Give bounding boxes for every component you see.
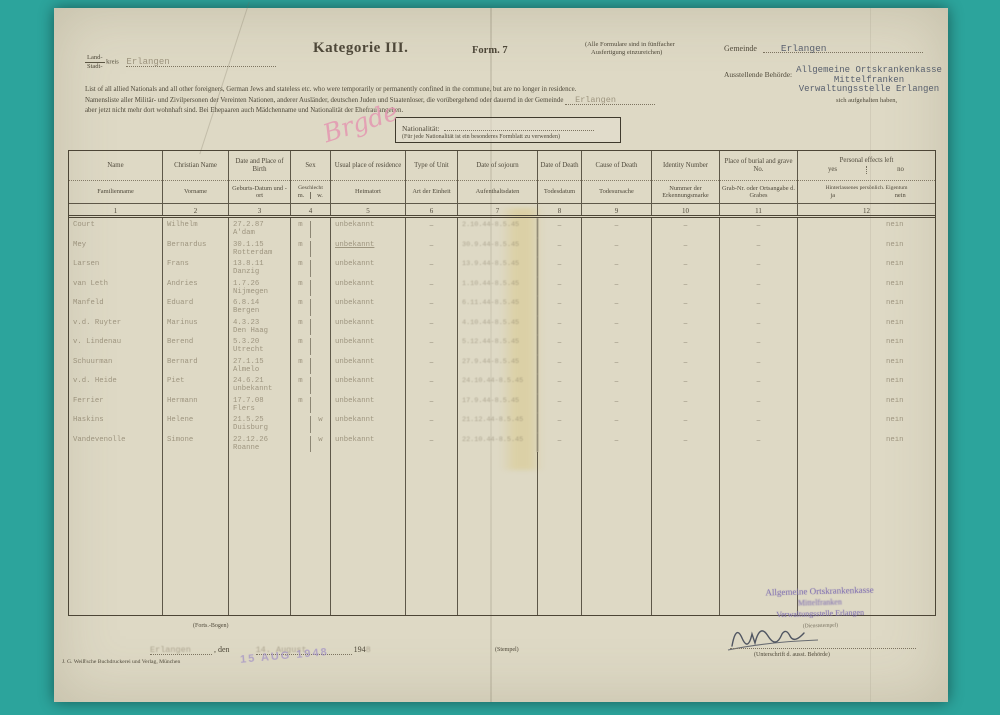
table-row: v.d. RuyterMarinus4.3.23Den Haagmunbekan… <box>69 316 935 336</box>
header-en-12: Personal effects leftyesno <box>798 151 935 181</box>
cell-unit: – <box>406 296 458 316</box>
table-row: van LethAndries1.7.26Nijmegenmunbekannt–… <box>69 277 935 297</box>
form-table: NameFamilienname1Christian NameVorname2D… <box>68 150 936 616</box>
cell-birth: 4.3.23Den Haag <box>229 316 291 336</box>
header-en-9: Cause of Death <box>582 151 651 181</box>
cell-burial: – <box>720 257 798 277</box>
cell-identity: – <box>652 374 720 394</box>
header-number-6: 6 <box>406 203 457 215</box>
header-column-7: Date of sojournAufenthaltsdaten7 <box>458 151 538 215</box>
header-de-label: Hinterlassenes persönlich. Eigentum <box>799 185 934 191</box>
cell-sojourn: 5.12.44-8.5.45 <box>458 335 538 355</box>
cell-identity: – <box>652 433 720 453</box>
filler-cell <box>406 452 458 615</box>
filler-cell <box>69 452 163 615</box>
cell-effects: nein <box>798 394 935 414</box>
cell-vorname: Wilhelm <box>163 218 229 238</box>
cell-sex: m <box>291 316 331 336</box>
cell-death-cause: – <box>582 218 652 238</box>
cell-identity: – <box>652 394 720 414</box>
cell-identity: – <box>652 296 720 316</box>
sex-m: m <box>291 299 311 316</box>
cell-death-cause: – <box>582 257 652 277</box>
cell-unit: – <box>406 218 458 238</box>
header-de-label: Geschlecht <box>292 185 329 191</box>
cell-name: Manfeld <box>69 296 163 316</box>
cell-name: Larsen <box>69 257 163 277</box>
cell-sex: m <box>291 277 331 297</box>
cell-name: Vandevenolle <box>69 433 163 453</box>
cell-unit: – <box>406 257 458 277</box>
sex-m <box>291 436 311 453</box>
scanned-document-page: Kategorie III. Form. 7 Land- Stadt- krei… <box>0 0 1000 715</box>
header-en-1: Name <box>69 151 162 181</box>
den-label: , den <box>214 645 230 654</box>
cell-vorname: Bernardus <box>163 238 229 258</box>
cell-residence: unbekannt <box>331 316 406 336</box>
birth-date: 1.7.26 <box>233 280 259 288</box>
cell-identity: – <box>652 277 720 297</box>
landkreis-block: Land- Stadt- kreis Erlangen <box>85 54 276 71</box>
cell-sojourn: 17.9.44-8.5.45 <box>458 394 538 414</box>
intro-gemeinde-value: Erlangen <box>575 95 616 105</box>
header-de-3: Geburts-Datum und -ort <box>229 181 290 203</box>
cell-name: Ferrier <box>69 394 163 414</box>
header-number-2: 2 <box>163 203 228 215</box>
cell-residence: unbekannt <box>331 238 406 258</box>
intro-english: List of all allied Nationals and all oth… <box>85 86 576 93</box>
cell-effects: nein <box>798 257 935 277</box>
header-de-11: Grab-Nr. oder Ortsangabe d. Grabes <box>720 181 797 203</box>
birth-date: 30.1.15 <box>233 241 264 249</box>
cell-death-cause: – <box>582 335 652 355</box>
cell-death-date: – <box>538 316 582 336</box>
cell-sex: w <box>291 433 331 453</box>
cell-birth: 27.2.87A'dam <box>229 218 291 238</box>
cell-identity: – <box>652 238 720 258</box>
birth-date: 21.5.25 <box>233 416 264 424</box>
copies-note-line1: (Alle Formulare sind in fünffacher <box>585 41 675 48</box>
sex-m-w-left: m. <box>292 192 311 199</box>
birth-date: 27.1.15 <box>233 358 264 366</box>
header-en-5: Usual place of residence <box>331 151 405 181</box>
cell-birth: 5.3.20Utrecht <box>229 335 291 355</box>
authority-stamp-line1: Allgemeine Ortskrankenkasse <box>765 585 873 598</box>
header-de-6: Art der Einheit <box>406 181 457 203</box>
signature-ink <box>726 616 836 656</box>
cell-sex: m <box>291 394 331 414</box>
cell-name: v.d. Ruyter <box>69 316 163 336</box>
effects-yes-no: yesno <box>799 166 934 174</box>
filler-cell <box>538 452 582 615</box>
cell-unit: – <box>406 374 458 394</box>
nationality-box: Nationalität: (Für jede Nationalität ist… <box>395 117 621 143</box>
behoerde-line2: Mittelfranken <box>834 75 904 85</box>
cell-effects: nein <box>798 296 935 316</box>
cell-death-date: – <box>538 335 582 355</box>
header-en-4: Sex <box>291 151 330 181</box>
year-printed: 194 <box>354 645 366 654</box>
filler-cell <box>331 452 406 615</box>
cell-unit: – <box>406 413 458 433</box>
sex-m <box>291 416 311 433</box>
filler-cell <box>291 452 331 615</box>
birth-place: Rotterdam <box>233 249 290 257</box>
header-de-2: Vorname <box>163 181 228 203</box>
cell-burial: – <box>720 218 798 238</box>
cell-residence: unbekannt <box>331 413 406 433</box>
cell-sojourn: 1.10.44-8.5.45 <box>458 277 538 297</box>
place-value: Erlangen <box>150 645 191 655</box>
sex-w: w <box>311 416 330 433</box>
gemeinde-row: Gemeinde Erlangen <box>724 43 923 53</box>
cell-unit: – <box>406 355 458 375</box>
cell-effects: nein <box>798 413 935 433</box>
authority-stamp-line2: Mittelfranken <box>798 597 842 607</box>
signature-label: (Unterschrift d. ausst. Behörde) <box>754 652 830 658</box>
birth-place: Flers <box>233 405 290 413</box>
cell-residence: unbekannt <box>331 355 406 375</box>
cell-sojourn: 22.10.44-8.5.45 <box>458 433 538 453</box>
effects-ja-nein-right: nein <box>867 192 935 199</box>
birth-date: 4.3.23 <box>233 319 259 327</box>
cell-identity: – <box>652 316 720 336</box>
birth-place: Utrecht <box>233 346 290 354</box>
sex-w <box>311 358 330 375</box>
text-fragment: Erlangen <box>565 95 655 105</box>
header-column-1: NameFamilienname1 <box>69 151 163 215</box>
text-fragment: Erlangen <box>126 57 276 67</box>
header-column-3: Date and Place of BirthGeburts-Datum und… <box>229 151 291 215</box>
cell-sojourn: 2.10.44-8.5.45 <box>458 218 538 238</box>
cell-unit: – <box>406 238 458 258</box>
cell-death-date: – <box>538 374 582 394</box>
header-column-5: Usual place of residenceHeimatort5 <box>331 151 406 215</box>
cell-vorname: Berend <box>163 335 229 355</box>
nationality-note: (Für jede Nationalität ist ein besondere… <box>402 134 614 140</box>
table-row: LarsenFrans13.8.11Danzigmunbekannt–13.9.… <box>69 257 935 277</box>
header-en-2: Christian Name <box>163 151 228 181</box>
header-de-9: Todesursache <box>582 181 651 203</box>
cell-death-date: – <box>538 218 582 238</box>
cell-birth: 13.8.11Danzig <box>229 257 291 277</box>
cell-effects: nein <box>798 335 935 355</box>
sex-m: m <box>291 280 311 297</box>
cell-sex: m <box>291 335 331 355</box>
cell-burial: – <box>720 413 798 433</box>
header-de-1: Familienname <box>69 181 162 203</box>
kreis-label: kreis <box>106 59 119 66</box>
header-column-2: Christian NameVorname2 <box>163 151 229 215</box>
cell-sex: w <box>291 413 331 433</box>
table-row: FerrierHermann17.7.08Flersmunbekannt–17.… <box>69 394 935 414</box>
header-de-10: Nummer der Erkennungsmarke <box>652 181 719 203</box>
cell-sojourn: 27.9.44-8.5.45 <box>458 355 538 375</box>
paper-sheet: Kategorie III. Form. 7 Land- Stadt- krei… <box>54 8 948 702</box>
cell-death-date: – <box>538 238 582 258</box>
sex-w <box>311 338 330 355</box>
birth-place: Den Haag <box>233 327 290 335</box>
effects-yes-no-left: yes <box>799 166 867 174</box>
cell-vorname: Piet <box>163 374 229 394</box>
header-number-4: 4 <box>291 203 330 215</box>
cell-death-cause: – <box>582 394 652 414</box>
cell-name: van Leth <box>69 277 163 297</box>
birth-place: Almelo <box>233 366 290 374</box>
header-en-11: Place of burial and grave No. <box>720 151 797 181</box>
header-number-3: 3 <box>229 203 290 215</box>
filler-cell <box>652 452 720 615</box>
cell-effects: nein <box>798 433 935 453</box>
cell-name: Mey <box>69 238 163 258</box>
header-column-12: Personal effects leftyesnoHinterlassenes… <box>798 151 935 215</box>
birth-place: Roanne <box>233 444 290 452</box>
cell-unit: – <box>406 433 458 453</box>
cell-burial: – <box>720 238 798 258</box>
cell-death-date: – <box>538 433 582 453</box>
cell-death-cause: – <box>582 296 652 316</box>
printer-imprint: J. G. Weiß'sche Buchdruckerei und Verlag… <box>62 659 180 665</box>
cell-death-cause: – <box>582 413 652 433</box>
cell-birth: 1.7.26Nijmegen <box>229 277 291 297</box>
sex-m: m <box>291 260 311 277</box>
cell-effects: nein <box>798 355 935 375</box>
cell-name: Haskins <box>69 413 163 433</box>
sex-m: m <box>291 319 311 336</box>
cell-name: Court <box>69 218 163 238</box>
sex-m-w: m.w. <box>292 192 329 199</box>
birth-date: 13.8.11 <box>233 260 264 268</box>
cell-sojourn: 4.10.44-8.5.45 <box>458 316 538 336</box>
cell-vorname: Eduard <box>163 296 229 316</box>
text-fragment: Land- Stadt- <box>85 54 105 71</box>
cell-sojourn: 24.10.44-8.5.45 <box>458 374 538 394</box>
filler-cell <box>163 452 229 615</box>
header-column-6: Type of UnitArt der Einheit6 <box>406 151 458 215</box>
cell-sex: m <box>291 355 331 375</box>
cell-effects: nein <box>798 238 935 258</box>
nationality-label: Nationalität: <box>402 124 440 133</box>
header-number-10: 10 <box>652 203 719 215</box>
cell-death-date: – <box>538 296 582 316</box>
cell-burial: – <box>720 296 798 316</box>
birth-place: unbekannt <box>233 385 290 393</box>
cell-vorname: Andries <box>163 277 229 297</box>
cell-burial: – <box>720 277 798 297</box>
table-row: v.d. HeidePiet24.6.21unbekanntmunbekannt… <box>69 374 935 394</box>
header-en-6: Type of Unit <box>406 151 457 181</box>
header-column-11: Place of burial and grave No.Grab-Nr. od… <box>720 151 798 215</box>
sex-w <box>311 241 330 258</box>
birth-place: Duisburg <box>233 424 290 432</box>
text-fragment: Erlangen <box>150 645 212 655</box>
table-row: SchuurmanBernard27.1.15Almelomunbekannt–… <box>69 355 935 375</box>
cell-birth: 21.5.25Duisburg <box>229 413 291 433</box>
birth-date: 5.3.20 <box>233 338 259 346</box>
header-en-8: Date of Death <box>538 151 581 181</box>
cell-residence: unbekannt <box>331 433 406 453</box>
sex-m: m <box>291 377 311 394</box>
stadt-label: Stadt- <box>85 63 105 71</box>
header-de-4: Geschlechtm.w. <box>291 181 330 203</box>
cell-burial: – <box>720 355 798 375</box>
sex-w <box>311 280 330 297</box>
cell-sojourn: 21.12.44-8.5.45 <box>458 413 538 433</box>
gemeinde-label: Gemeinde <box>724 44 757 53</box>
sex-m: m <box>291 358 311 375</box>
cell-burial: – <box>720 433 798 453</box>
cell-unit: – <box>406 335 458 355</box>
cell-unit: – <box>406 316 458 336</box>
table-row: VandevenolleSimone22.12.26Roannewunbekan… <box>69 433 935 453</box>
signature-line <box>730 648 916 649</box>
nationality-row: Nationalität: <box>402 121 614 133</box>
intro-paragraph: List of all allied Nationals and all oth… <box>85 85 925 116</box>
cell-death-cause: – <box>582 316 652 336</box>
header-en-7: Date of sojourn <box>458 151 537 181</box>
cell-sojourn: 30.9.44-8.5.45 <box>458 238 538 258</box>
header-en-label: Personal effects left <box>799 157 934 165</box>
cell-residence: unbekannt <box>331 335 406 355</box>
cell-sex: m <box>291 296 331 316</box>
sex-m-w-right: w. <box>311 192 329 199</box>
cell-effects: nein <box>798 374 935 394</box>
cell-vorname: Frans <box>163 257 229 277</box>
header-number-7: 7 <box>458 203 537 215</box>
cell-vorname: Marinus <box>163 316 229 336</box>
cell-burial: – <box>720 394 798 414</box>
cell-death-date: – <box>538 257 582 277</box>
cell-death-date: – <box>538 394 582 414</box>
page-title: Kategorie III. <box>313 40 408 57</box>
birth-date: 27.2.87 <box>233 221 264 229</box>
cell-death-date: – <box>538 355 582 375</box>
sex-w <box>311 319 330 336</box>
header-de-12: Hinterlassenes persönlich. Eigentumjanei… <box>798 181 935 203</box>
sex-m: m <box>291 221 311 238</box>
header-column-10: Identity NumberNummer der Erkennungsmark… <box>652 151 720 215</box>
cell-identity: – <box>652 257 720 277</box>
gemeinde-value: Erlangen <box>781 43 827 54</box>
sex-w <box>311 377 330 394</box>
header-number-11: 11 <box>720 203 797 215</box>
kreis-value: Erlangen <box>126 57 169 67</box>
cell-death-cause: – <box>582 355 652 375</box>
continuation-label: (Forts.-Bogen) <box>193 623 229 629</box>
cell-birth: 6.8.14Bergen <box>229 296 291 316</box>
cell-residence: unbekannt <box>331 277 406 297</box>
header-en-3: Date and Place of Birth <box>229 151 290 181</box>
cell-name: v.d. Heide <box>69 374 163 394</box>
cell-death-cause: – <box>582 433 652 453</box>
birth-place: Bergen <box>233 307 290 315</box>
land-label: Land- <box>85 54 105 63</box>
cell-residence: unbekannt <box>331 218 406 238</box>
year-typed: 8 <box>366 645 371 655</box>
cell-identity: – <box>652 335 720 355</box>
cell-birth: 24.6.21unbekannt <box>229 374 291 394</box>
form-number: Form. 7 <box>472 45 508 56</box>
sex-m: m <box>291 338 311 355</box>
cell-birth: 22.12.26Roanne <box>229 433 291 453</box>
stempel-label: (Stempel) <box>495 647 519 653</box>
cell-residence: unbekannt <box>331 374 406 394</box>
cell-vorname: Hermann <box>163 394 229 414</box>
filler-cell <box>582 452 652 615</box>
cell-name: v. Lindenau <box>69 335 163 355</box>
cell-sex: m <box>291 238 331 258</box>
cell-burial: – <box>720 316 798 336</box>
birth-date: 24.6.21 <box>233 377 264 385</box>
table-row: MeyBernardus30.1.15Rotterdammunbekannt–3… <box>69 238 935 258</box>
sex-w <box>311 221 330 238</box>
sex-w <box>311 299 330 316</box>
cell-death-cause: – <box>582 277 652 297</box>
table-row: CourtWilhelm27.2.87A'dammunbekannt–2.10.… <box>69 218 935 238</box>
cell-unit: – <box>406 394 458 414</box>
cell-sojourn: 6.11.44-8.5.45 <box>458 296 538 316</box>
header-column-4: SexGeschlechtm.w.4 <box>291 151 331 215</box>
birth-place: Nijmegen <box>233 288 290 296</box>
cell-effects: nein <box>798 316 935 336</box>
header-number-5: 5 <box>331 203 405 215</box>
sex-m: m <box>291 241 311 258</box>
cell-birth: 30.1.15Rotterdam <box>229 238 291 258</box>
header-number-9: 9 <box>582 203 651 215</box>
effects-ja-nein: janein <box>799 192 934 199</box>
cell-effects: nein <box>798 277 935 297</box>
behoerde-label: Ausstellende Behörde: <box>724 70 792 79</box>
effects-ja-nein-left: ja <box>799 192 867 199</box>
header-de-8: Todesdatum <box>538 181 581 203</box>
cell-death-date: – <box>538 413 582 433</box>
cell-effects: nein <box>798 218 935 238</box>
cell-residence: unbekannt <box>331 296 406 316</box>
cell-identity: – <box>652 413 720 433</box>
sex-w: w <box>311 436 330 453</box>
cell-name: Schuurman <box>69 355 163 375</box>
header-de-5: Heimatort <box>331 181 405 203</box>
cell-sojourn: 13.9.44-8.5.45 <box>458 257 538 277</box>
sex-w <box>311 397 330 414</box>
header-column-9: Cause of DeathTodesursache9 <box>582 151 652 215</box>
header-de-7: Aufenthaltsdaten <box>458 181 537 203</box>
table-row: v. LindenauBerend5.3.20Utrechtmunbekannt… <box>69 335 935 355</box>
birth-place: A'dam <box>233 229 290 237</box>
cell-residence: unbekannt <box>331 257 406 277</box>
birth-date: 6.8.14 <box>233 299 259 307</box>
crease-diagonal <box>199 2 249 154</box>
cell-vorname: Helene <box>163 413 229 433</box>
birth-place: Danzig <box>233 268 290 276</box>
birth-date: 22.12.26 <box>233 436 268 444</box>
filler-cell <box>229 452 291 615</box>
sex-m: m <box>291 397 311 414</box>
cell-unit: – <box>406 277 458 297</box>
cell-sex: m <box>291 257 331 277</box>
text-fragment <box>444 121 594 131</box>
copies-note-line2: Ausfertigung einzureichen) <box>591 49 662 56</box>
cell-identity: – <box>652 355 720 375</box>
cell-identity: – <box>652 218 720 238</box>
effects-yes-no-right: no <box>867 166 934 174</box>
table-row: HaskinsHelene21.5.25Duisburgwunbekannt–2… <box>69 413 935 433</box>
birth-date: 17.7.08 <box>233 397 264 405</box>
cell-residence: unbekannt <box>331 394 406 414</box>
cell-burial: – <box>720 374 798 394</box>
cell-vorname: Bernard <box>163 355 229 375</box>
header-en-10: Identity Number <box>652 151 719 181</box>
